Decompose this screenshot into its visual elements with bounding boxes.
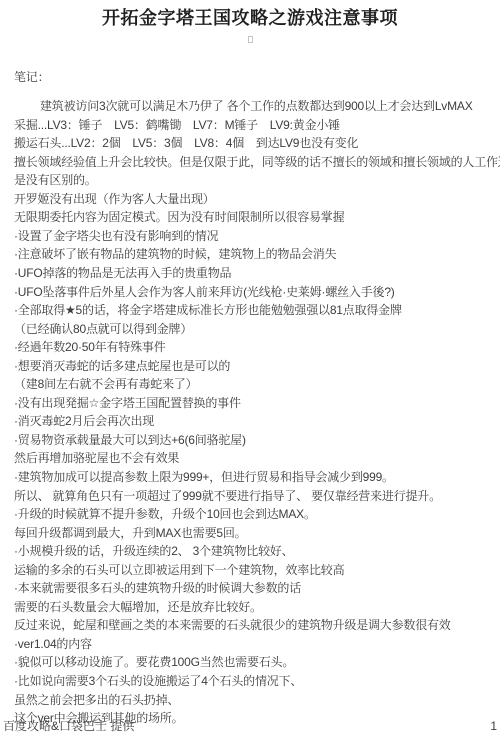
page-number: 1	[490, 719, 497, 733]
text-line: ·比如说向需要3个石头的设施搬运了4个石头的情况下、	[14, 672, 486, 691]
text-line: ·ver1.04的内容	[14, 635, 486, 654]
text-line: ·本来就需要很多石头的建筑物升级的时候调大参数的话	[14, 579, 486, 598]
text-line: ·UFO坠落事件后外星人会作为客人前来拜访(光线枪·史莱姆·螺丝入手後?)	[14, 283, 486, 302]
text-line: 开罗姬没有出现（作为客人大量出现）	[14, 190, 486, 209]
text-line: ·注意破坏了嵌有物品的建筑物的时候，建筑物上的物品会消失	[14, 245, 486, 264]
document-body: 笔记： 建筑被访问3次就可以满足木乃伊了 各个工作的点数都达到900以上才会达到…	[0, 68, 500, 728]
text-lines: 建筑被访问3次就可以满足木乃伊了 各个工作的点数都达到900以上才会达到LvMA…	[14, 97, 486, 728]
page-title: 开拓金字塔王国攻略之游戏注意事项	[0, 0, 500, 30]
text-line: （已经确认80点就可以得到金牌）	[14, 320, 486, 339]
text-line: ·全部取得★5的话，将金字塔建成标准长方形也能勉勉强强以81点取得金牌	[14, 301, 486, 320]
text-line: ·建筑物加成可以提高参数上限为999+，但进行贸易和指导会减少到999。	[14, 468, 486, 487]
text-line: 是没有区别的。	[14, 171, 486, 190]
footer-credit: 百度攻略&口袋巴士 提供	[3, 719, 134, 733]
notes-label: 笔记：	[14, 68, 486, 87]
text-line: ·想要消灭毒蛇的话多建点蛇屋也是可以的	[14, 357, 486, 376]
text-line: ·小规模升级的话，升级连续的2、 3个建筑物比较好、	[14, 542, 486, 561]
text-line: 虽然之前会把多出的石头扔掉、	[14, 691, 486, 710]
text-line: 建筑被访问3次就可以满足木乃伊了 各个工作的点数都达到900以上才会达到LvMA…	[14, 97, 486, 116]
text-line: ·升级的时候就算不提升参数，升级个10回也会到达MAX。	[14, 505, 486, 524]
text-line: 反过来说，蛇屋和壁画之类的本来需要的石头就很少的建筑物升级是调大参数很有效	[14, 616, 486, 635]
text-line: 运输的多余的石头可以立即被运用到下一个建筑物，效率比较高	[14, 561, 486, 580]
text-line: 擅长领域经验值上升会比较快。但是仅限于此，同等级的话不擅长的领域和擅长领域的人工…	[14, 153, 486, 172]
text-line: 需要的石头数量会大幅增加，还是放弃比较好。	[14, 598, 486, 617]
text-line: ·设置了金字塔尖也有没有影响到的情况	[14, 227, 486, 246]
text-line: 无限期委托内容为固定模式。因为没有时间限制所以很容易掌握	[14, 208, 486, 227]
document-page: 开拓金字塔王国攻略之游戏注意事项 笔记： 建筑被访问3次就可以满足木乃伊了 各个…	[0, 0, 500, 756]
text-line: 所以、 就算角色只有一项超过了999就不要进行指导了、 要仅靠经营来进行提升。	[14, 487, 486, 506]
text-line: 每回升级都调到最大，升到MAX也需要5回。	[14, 524, 486, 543]
text-line: 采掘...LV3：锤子 LV5：鹤嘴锄 LV7：M锤子 LV9:黄金小锤	[14, 116, 486, 135]
text-line: ·UFO掉落的物品是无法再入手的贵重物品	[14, 264, 486, 283]
text-line: ·貌似可以移动设施了。要花费100G当然也需要石头。	[14, 653, 486, 672]
text-line: 搬运石头...LV2：2個 LV5：3個 LV8：4個 到达LV9也没有变化	[14, 134, 486, 153]
text-line: （建8间左右就不会再有毒蛇来了）	[14, 375, 486, 394]
page-footer: 百度攻略&口袋巴士 提供 1	[3, 719, 497, 733]
text-line: 然后再增加骆驼屋也不会有效果	[14, 449, 486, 468]
text-line: ·经過年数20·50年有特殊事件	[14, 338, 486, 357]
text-line: ·没有出现発掘☆金字塔王国配置替换的事件	[14, 394, 486, 413]
anchor-row	[0, 36, 500, 48]
text-line: ·消灭毒蛇2月后会再次出现	[14, 412, 486, 431]
paragraph-mark-icon	[248, 36, 253, 43]
text-line: ·贸易物资承载量最大可以到达+6(6间骆驼屋)	[14, 431, 486, 450]
